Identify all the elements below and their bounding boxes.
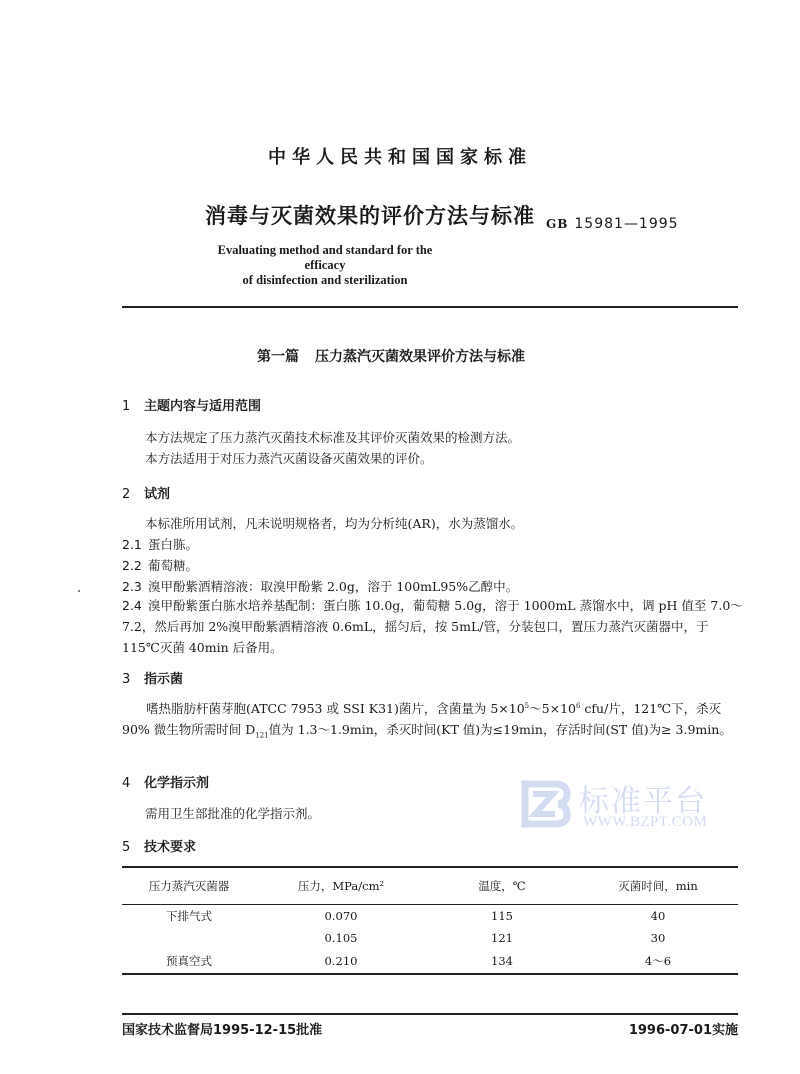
section-heading-3: 3指示菌: [122, 668, 183, 687]
section-3-paragraph: 嗜热脂肪杆菌芽胞(ATCC 7953 或 SSI K31)菌片，含菌量为 5×1…: [122, 696, 744, 747]
header-divider: [122, 306, 738, 308]
list-item-2-4: 2.4溴甲酚紫蛋白胨水培养基配制：蛋白胨 10.0g，葡萄糖 5.0g，溶于 1…: [122, 595, 744, 658]
list-item-2-1: 2.1蛋白胨。: [122, 535, 198, 553]
table-row: 下排气式 0.070 115 40: [122, 905, 738, 928]
table-cell: 0.105: [256, 927, 426, 949]
table-row: 预真空式 0.210 134 4～6: [122, 949, 738, 974]
table-cell: 121: [426, 927, 578, 949]
scan-speck: [78, 590, 80, 592]
part-title: 压力蒸汽灭菌效果评价方法与标准: [315, 349, 525, 365]
table-cell: 40: [578, 905, 738, 928]
implementation-date: 1996-07-01实施: [629, 1019, 738, 1038]
approval-date: 国家技术监督局1995-12-15批准: [122, 1019, 322, 1038]
table-cell: 134: [426, 949, 578, 974]
section-1-paragraph-1: 本方法规定了压力蒸汽灭菌技术标准及其评价灭菌效果的检测方法。: [145, 428, 520, 446]
table-cell: 0.070: [256, 905, 426, 928]
table-cell: [122, 927, 256, 949]
gb-number: 15981—1995: [574, 216, 678, 232]
section-4-paragraph: 需用卫生部批准的化学指示剂。: [145, 804, 320, 822]
column-header-pressure: 压力，MPa/cm²: [256, 867, 426, 905]
table-cell: 4～6: [578, 949, 738, 974]
standard-number: GB15981—1995: [546, 216, 679, 232]
section-heading-4: 4化学指示剂: [122, 772, 209, 791]
column-header-time: 灭菌时间，min: [578, 867, 738, 905]
section-2-intro: 本标准所用试剂，凡未说明规格者，均为分析纯(AR)，水为蒸馏水。: [145, 514, 523, 532]
table-header-row: 压力蒸汽灭菌器 压力，MPa/cm² 温度，℃ 灭菌时间，min: [122, 867, 738, 905]
table-cell: 115: [426, 905, 578, 928]
column-header-temperature: 温度，℃: [426, 867, 578, 905]
bzpt-logo-icon: [521, 780, 571, 828]
technical-requirements-table: 压力蒸汽灭菌器 压力，MPa/cm² 温度，℃ 灭菌时间，min 下排气式 0.…: [122, 866, 738, 975]
table-cell: 下排气式: [122, 905, 256, 928]
footer-divider: [122, 1013, 738, 1015]
section-heading-1: 1主题内容与适用范围: [122, 395, 261, 414]
table-cell: 预真空式: [122, 949, 256, 974]
list-item-2-3: 2.3溴甲酚紫酒精溶液：取溴甲酚紫 2.0g，溶于 100mL95%乙醇中。: [122, 577, 518, 595]
table-cell: 0.210: [256, 949, 426, 974]
section-heading-5: 5技术要求: [122, 836, 196, 855]
table-row: 0.105 121 30: [122, 927, 738, 949]
document-title: 消毒与灭菌效果的评价方法与标准: [205, 200, 535, 230]
watermark-url: WWW.BZPT.COM: [583, 814, 707, 831]
english-title-line-1: Evaluating method and standard for the e…: [205, 243, 445, 273]
column-header-sterilizer: 压力蒸汽灭菌器: [122, 867, 256, 905]
standard-category: 中华人民共和国国家标准: [0, 143, 800, 169]
english-title-line-2: of disinfection and sterilization: [205, 273, 445, 288]
part-label: 第一篇: [257, 349, 299, 365]
list-item-2-2: 2.2葡萄糖。: [122, 556, 198, 574]
section-1-paragraph-2: 本方法适用于对压力蒸汽灭菌设备灭菌效果的评价。: [145, 449, 433, 467]
gb-prefix: GB: [546, 217, 568, 231]
table-cell: 30: [578, 927, 738, 949]
section-heading-2: 2试剂: [122, 483, 170, 502]
watermark: 标准平台 WWW.BZPT.COM: [521, 776, 731, 834]
english-title: Evaluating method and standard for the e…: [205, 243, 445, 288]
part-heading: 第一篇压力蒸汽灭菌效果评价方法与标准: [0, 346, 800, 366]
